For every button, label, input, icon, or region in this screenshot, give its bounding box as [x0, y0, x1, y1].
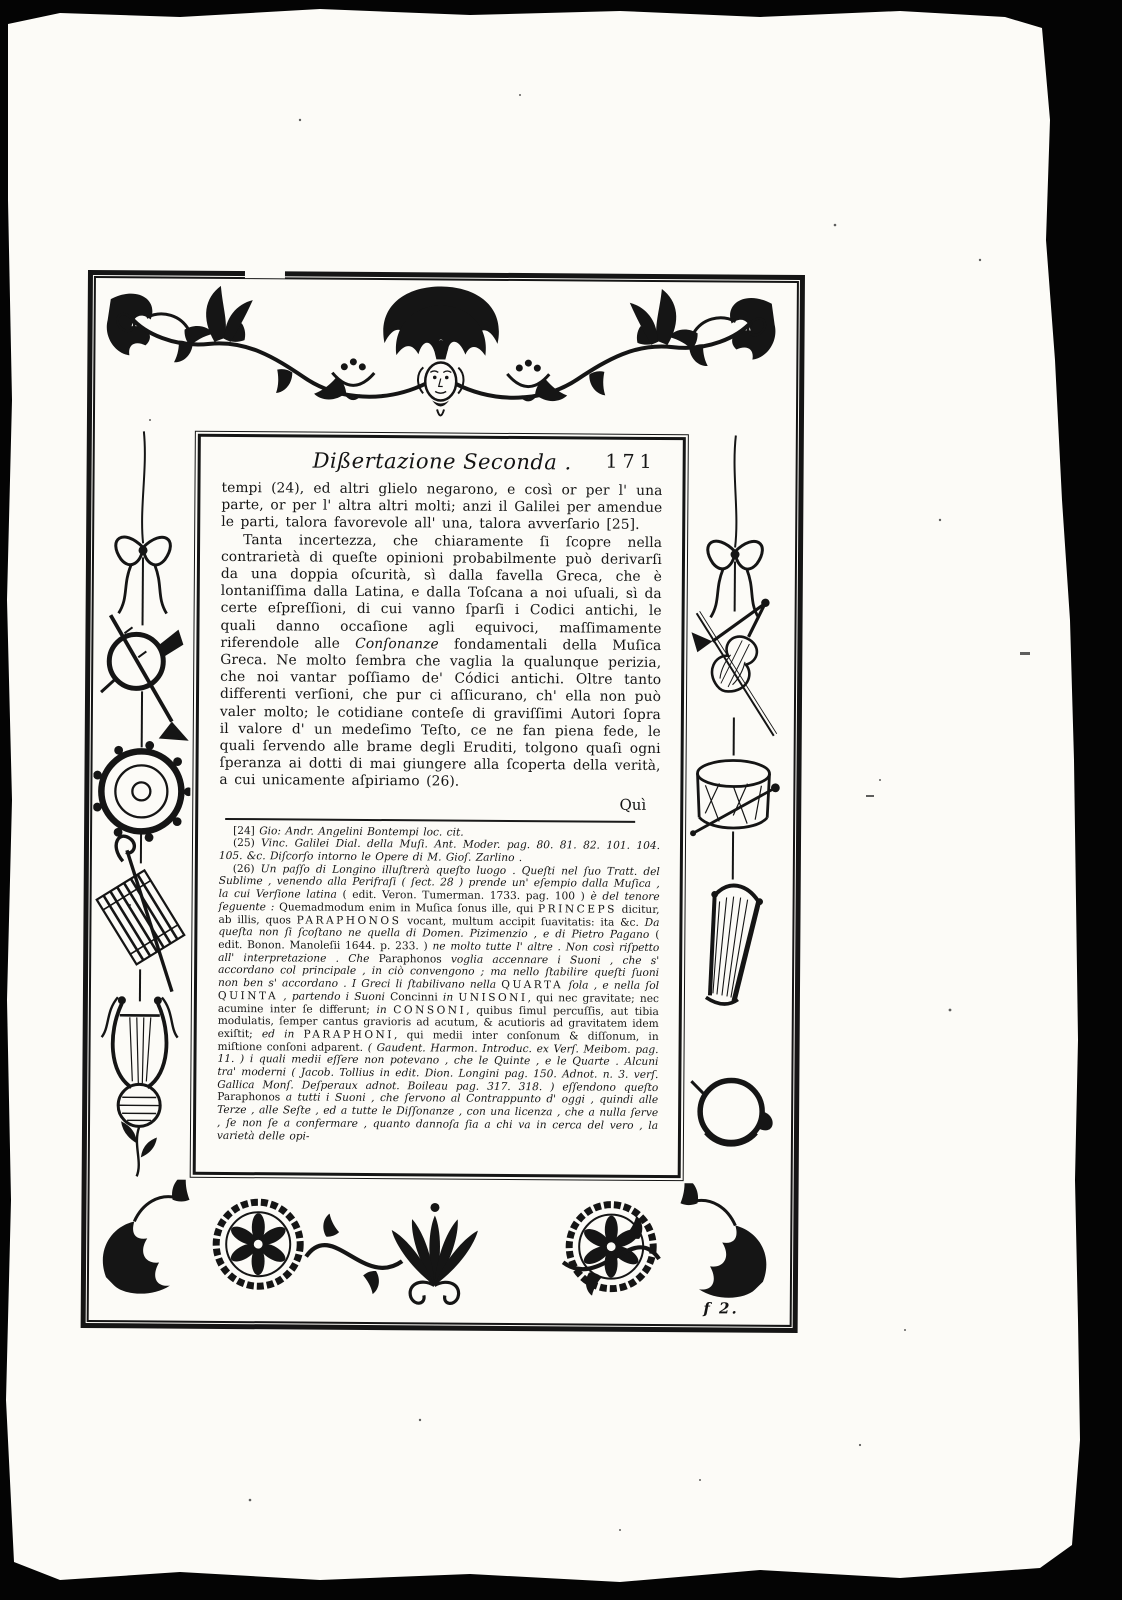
body-paragraph: Tanta incertezza, che chiaramente ſi ſco… — [219, 532, 662, 793]
hunting-horn-icon — [101, 629, 183, 693]
tambourine-icon — [93, 741, 193, 842]
footnote-rule — [225, 818, 635, 823]
hunting-horn-icon — [691, 1080, 773, 1146]
scanned-book-page: f 2. Dißertazione Seconda . 171 tempi (2… — [0, 0, 1122, 1600]
central-palmette-icon — [387, 1203, 482, 1304]
signature-mark: f 2. — [703, 1299, 738, 1317]
violin-bow-icon — [696, 611, 778, 736]
page-number: 171 — [605, 451, 656, 473]
lyre-icon — [101, 996, 178, 1127]
pan-pipes-icon — [97, 870, 185, 964]
page-title: Dißertazione Seconda . — [313, 449, 572, 475]
running-header: Dißertazione Seconda . 171 — [222, 448, 663, 475]
body-paragraph: tempi (24), ed altri glielo negarono, e … — [221, 480, 662, 535]
border-print-flaw — [245, 270, 285, 278]
left-trophy-ornament — [91, 429, 193, 1178]
text-column: Dißertazione Seconda . 171 tempi (24), e… — [193, 434, 686, 1178]
cord — [734, 436, 737, 548]
engraved-border-plate: f 2. Dißertazione Seconda . 171 tempi (2… — [81, 270, 805, 1333]
headpiece-ornament — [96, 279, 786, 434]
cord — [142, 431, 145, 543]
catchword: Quì — [219, 790, 660, 818]
footnote: (26) Un paſſo di Longino illuſtrerà queſ… — [217, 863, 660, 1146]
grotesque-mask-icon — [383, 286, 500, 416]
drum-icon — [697, 760, 769, 828]
right-trophy-ornament — [683, 433, 785, 1182]
text-frame: Dißertazione Seconda . 171 tempi (24), e… — [190, 431, 689, 1181]
footnote: (25) Vinc. Galilei Dial. della Muſi. Ant… — [219, 837, 660, 865]
tailpiece-ornament — [90, 1179, 780, 1312]
leaf-sprig-icon — [121, 1121, 157, 1176]
harp-icon — [706, 885, 763, 1004]
